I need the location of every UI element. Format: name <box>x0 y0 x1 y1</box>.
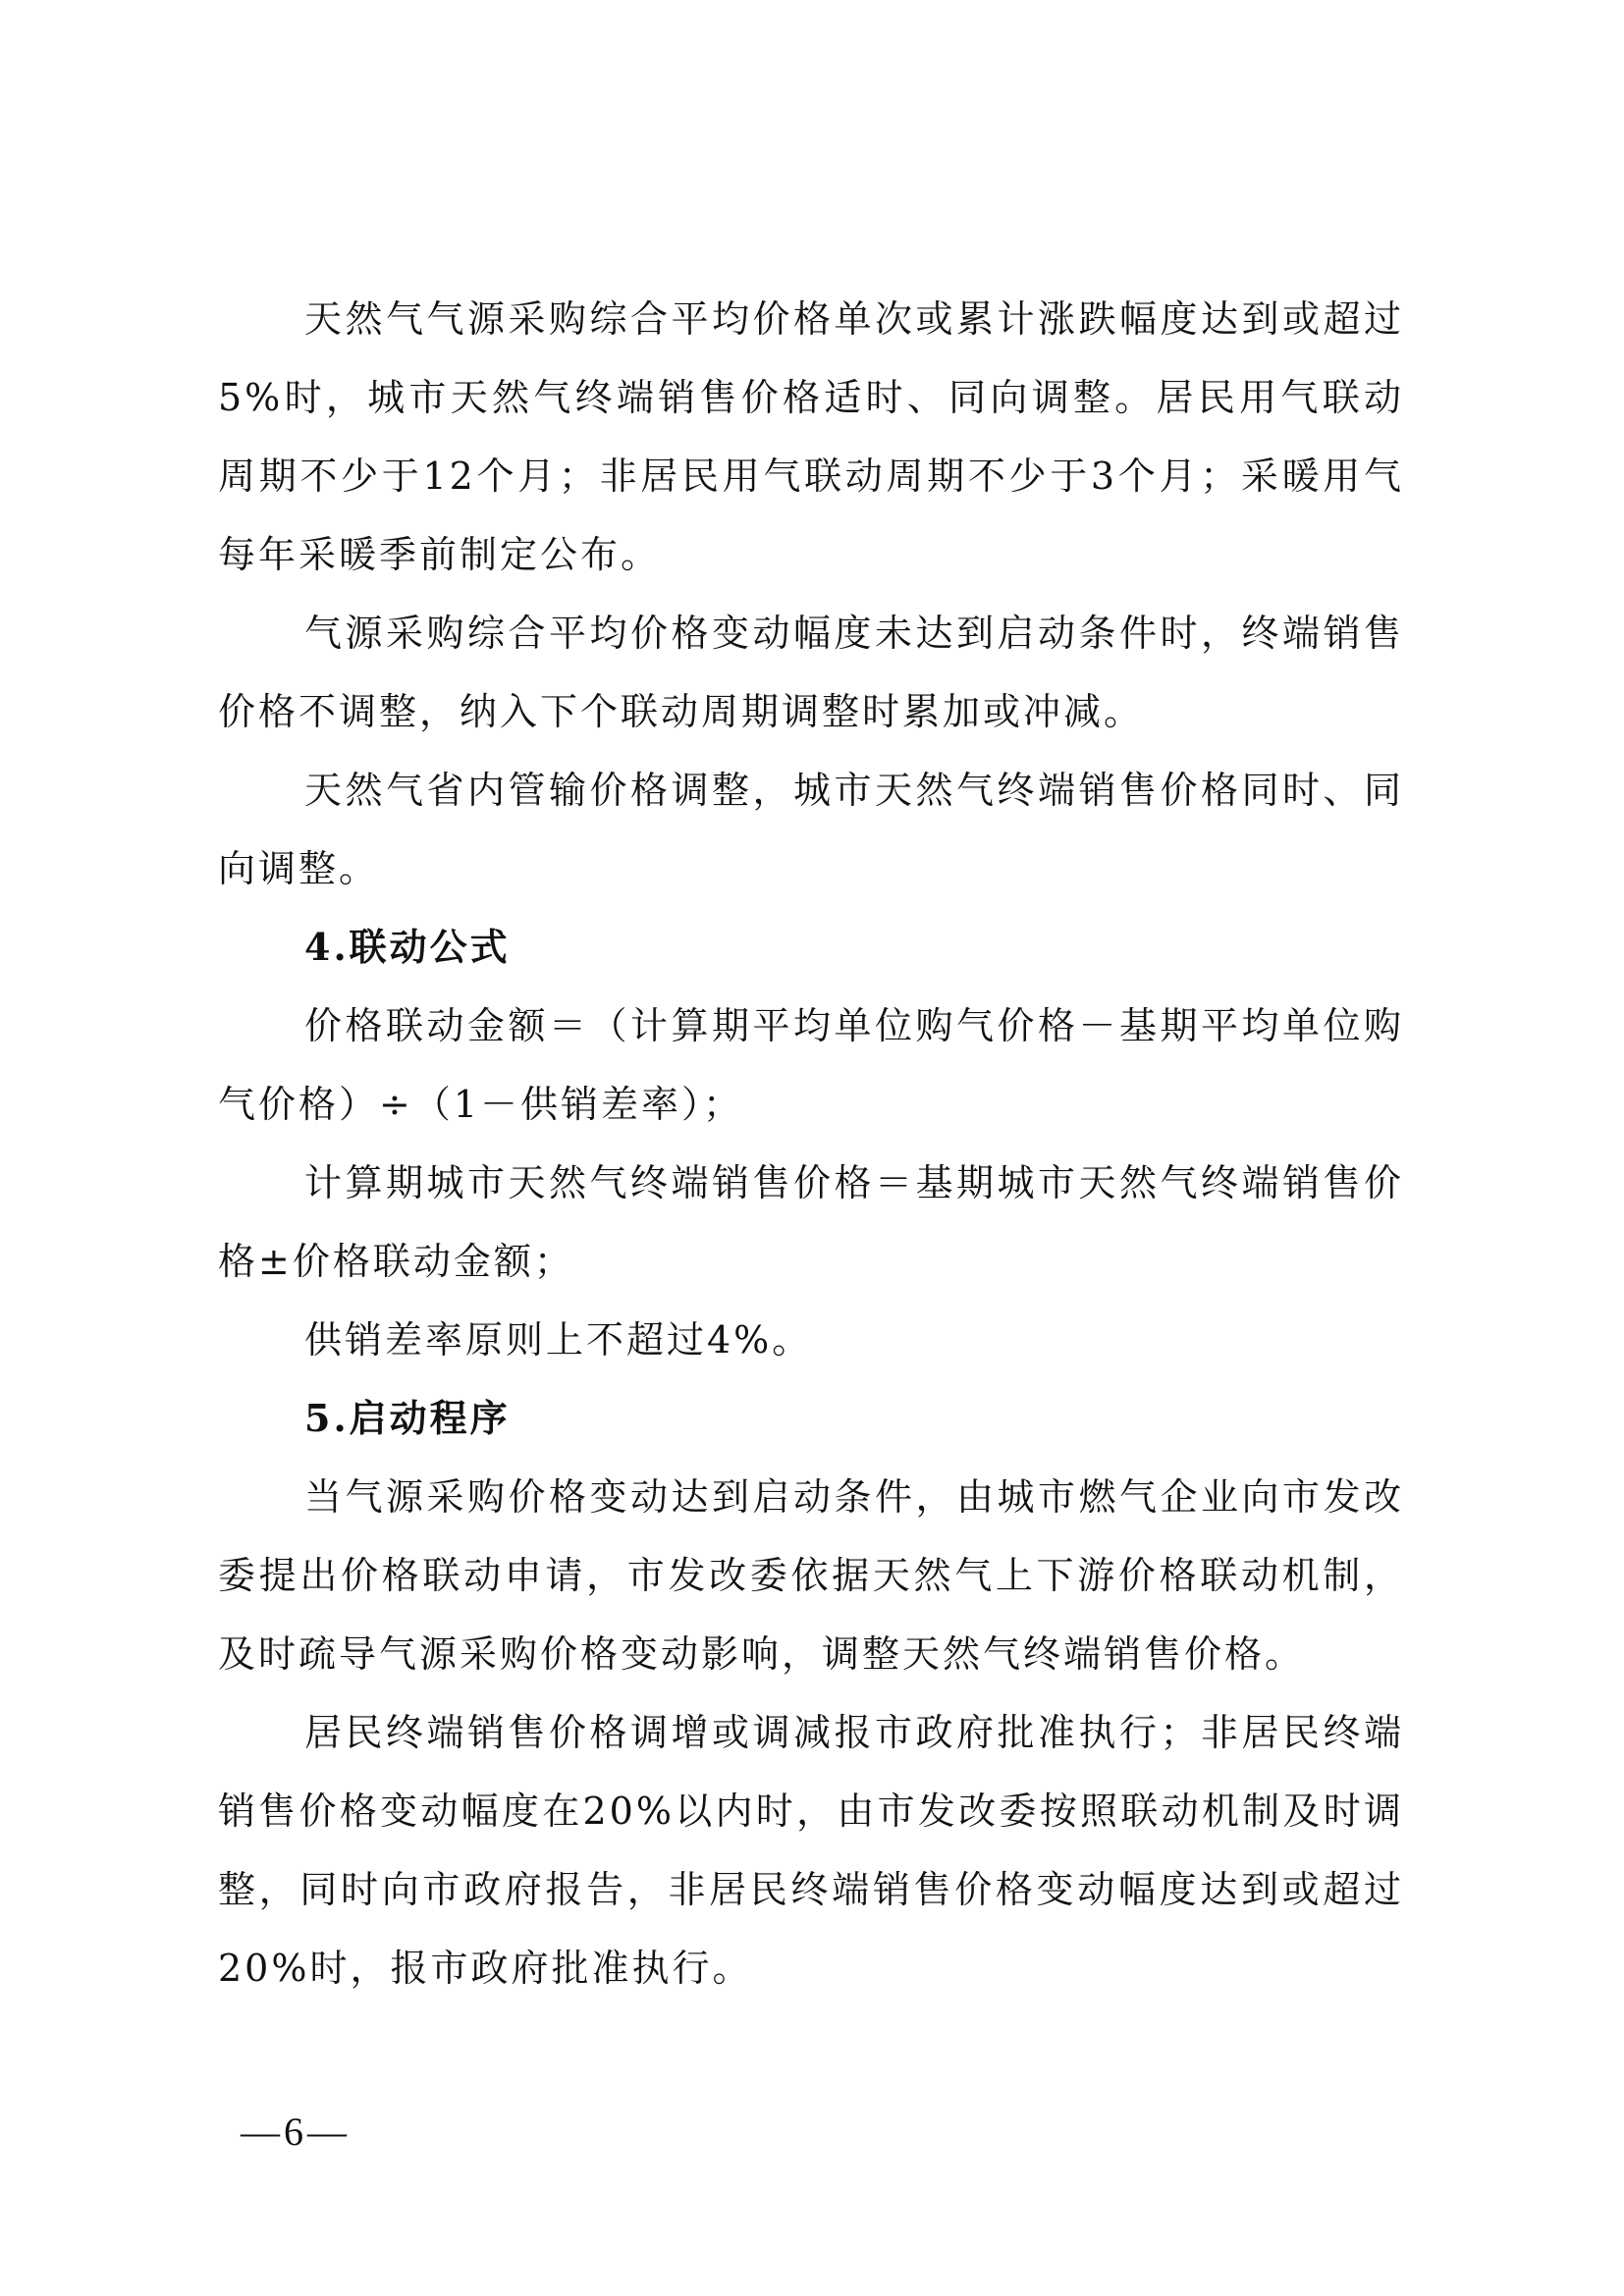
page-number: —6— <box>241 2109 351 2155</box>
text-line: 气源采购综合平均价格变动幅度未达到启动条件时，终端 <box>304 612 1323 655</box>
text-line: 天然气气源采购综合平均价格单次或累计涨跌幅度达到或 <box>304 297 1323 341</box>
paragraph-below-threshold: 气源采购综合平均价格变动幅度未达到启动条件时，终端销售价格不调整，纳入下个联动周… <box>218 594 1404 751</box>
paragraph-loss-rate: 供销差率原则上不超过4%。 <box>218 1301 1404 1379</box>
text-line: 售价格。 <box>1144 1632 1305 1676</box>
text-line: 天然气省内管输价格调整，城市天然气终端销售价格同时、 <box>304 769 1364 812</box>
paragraph-application: 当气源采购价格变动达到启动条件，由城市燃气企业向市发改委提出价格联动申请，市发改… <box>218 1458 1404 1693</box>
text-line: 计算期城市天然气终端销售价格＝基期城市天然气终端销 <box>304 1161 1323 1204</box>
paragraph-trigger-condition: 天然气气源采购综合平均价格单次或累计涨跌幅度达到或超过5%时，城市天然气终端销售… <box>218 280 1404 594</box>
section-heading-formula: 4.联动公式 <box>218 908 1404 987</box>
text-line: 价格联动金额＝（计算期平均单位购气价格－基期平均单 <box>304 1004 1323 1047</box>
paragraph-formula-price: 计算期城市天然气终端销售价格＝基期城市天然气终端销售价格±价格联动金额； <box>218 1144 1404 1301</box>
document-page: 天然气气源采购综合平均价格单次或累计涨跌幅度达到或超过5%时，城市天然气终端销售… <box>218 280 1404 2007</box>
text-line: 居民终端销售价格调增或调减报市政府批准执行；非居民 <box>304 1711 1323 1754</box>
paragraph-approval: 居民终端销售价格调增或调减报市政府批准执行；非居民终端销售价格变动幅度在20%以… <box>218 1693 1404 2007</box>
section-heading-procedure: 5.启动程序 <box>218 1379 1404 1458</box>
paragraph-pipeline-price: 天然气省内管输价格调整，城市天然气终端销售价格同时、同向调整。 <box>218 751 1404 908</box>
text-line: 当气源采购价格变动达到启动条件，由城市燃气企业向市 <box>304 1475 1323 1519</box>
paragraph-formula-amount: 价格联动金额＝（计算期平均单位购气价格－基期平均单位购气价格）÷（1－供销差率）… <box>218 987 1404 1144</box>
text-line: 供销差率原则上不超过4%。 <box>304 1318 812 1362</box>
